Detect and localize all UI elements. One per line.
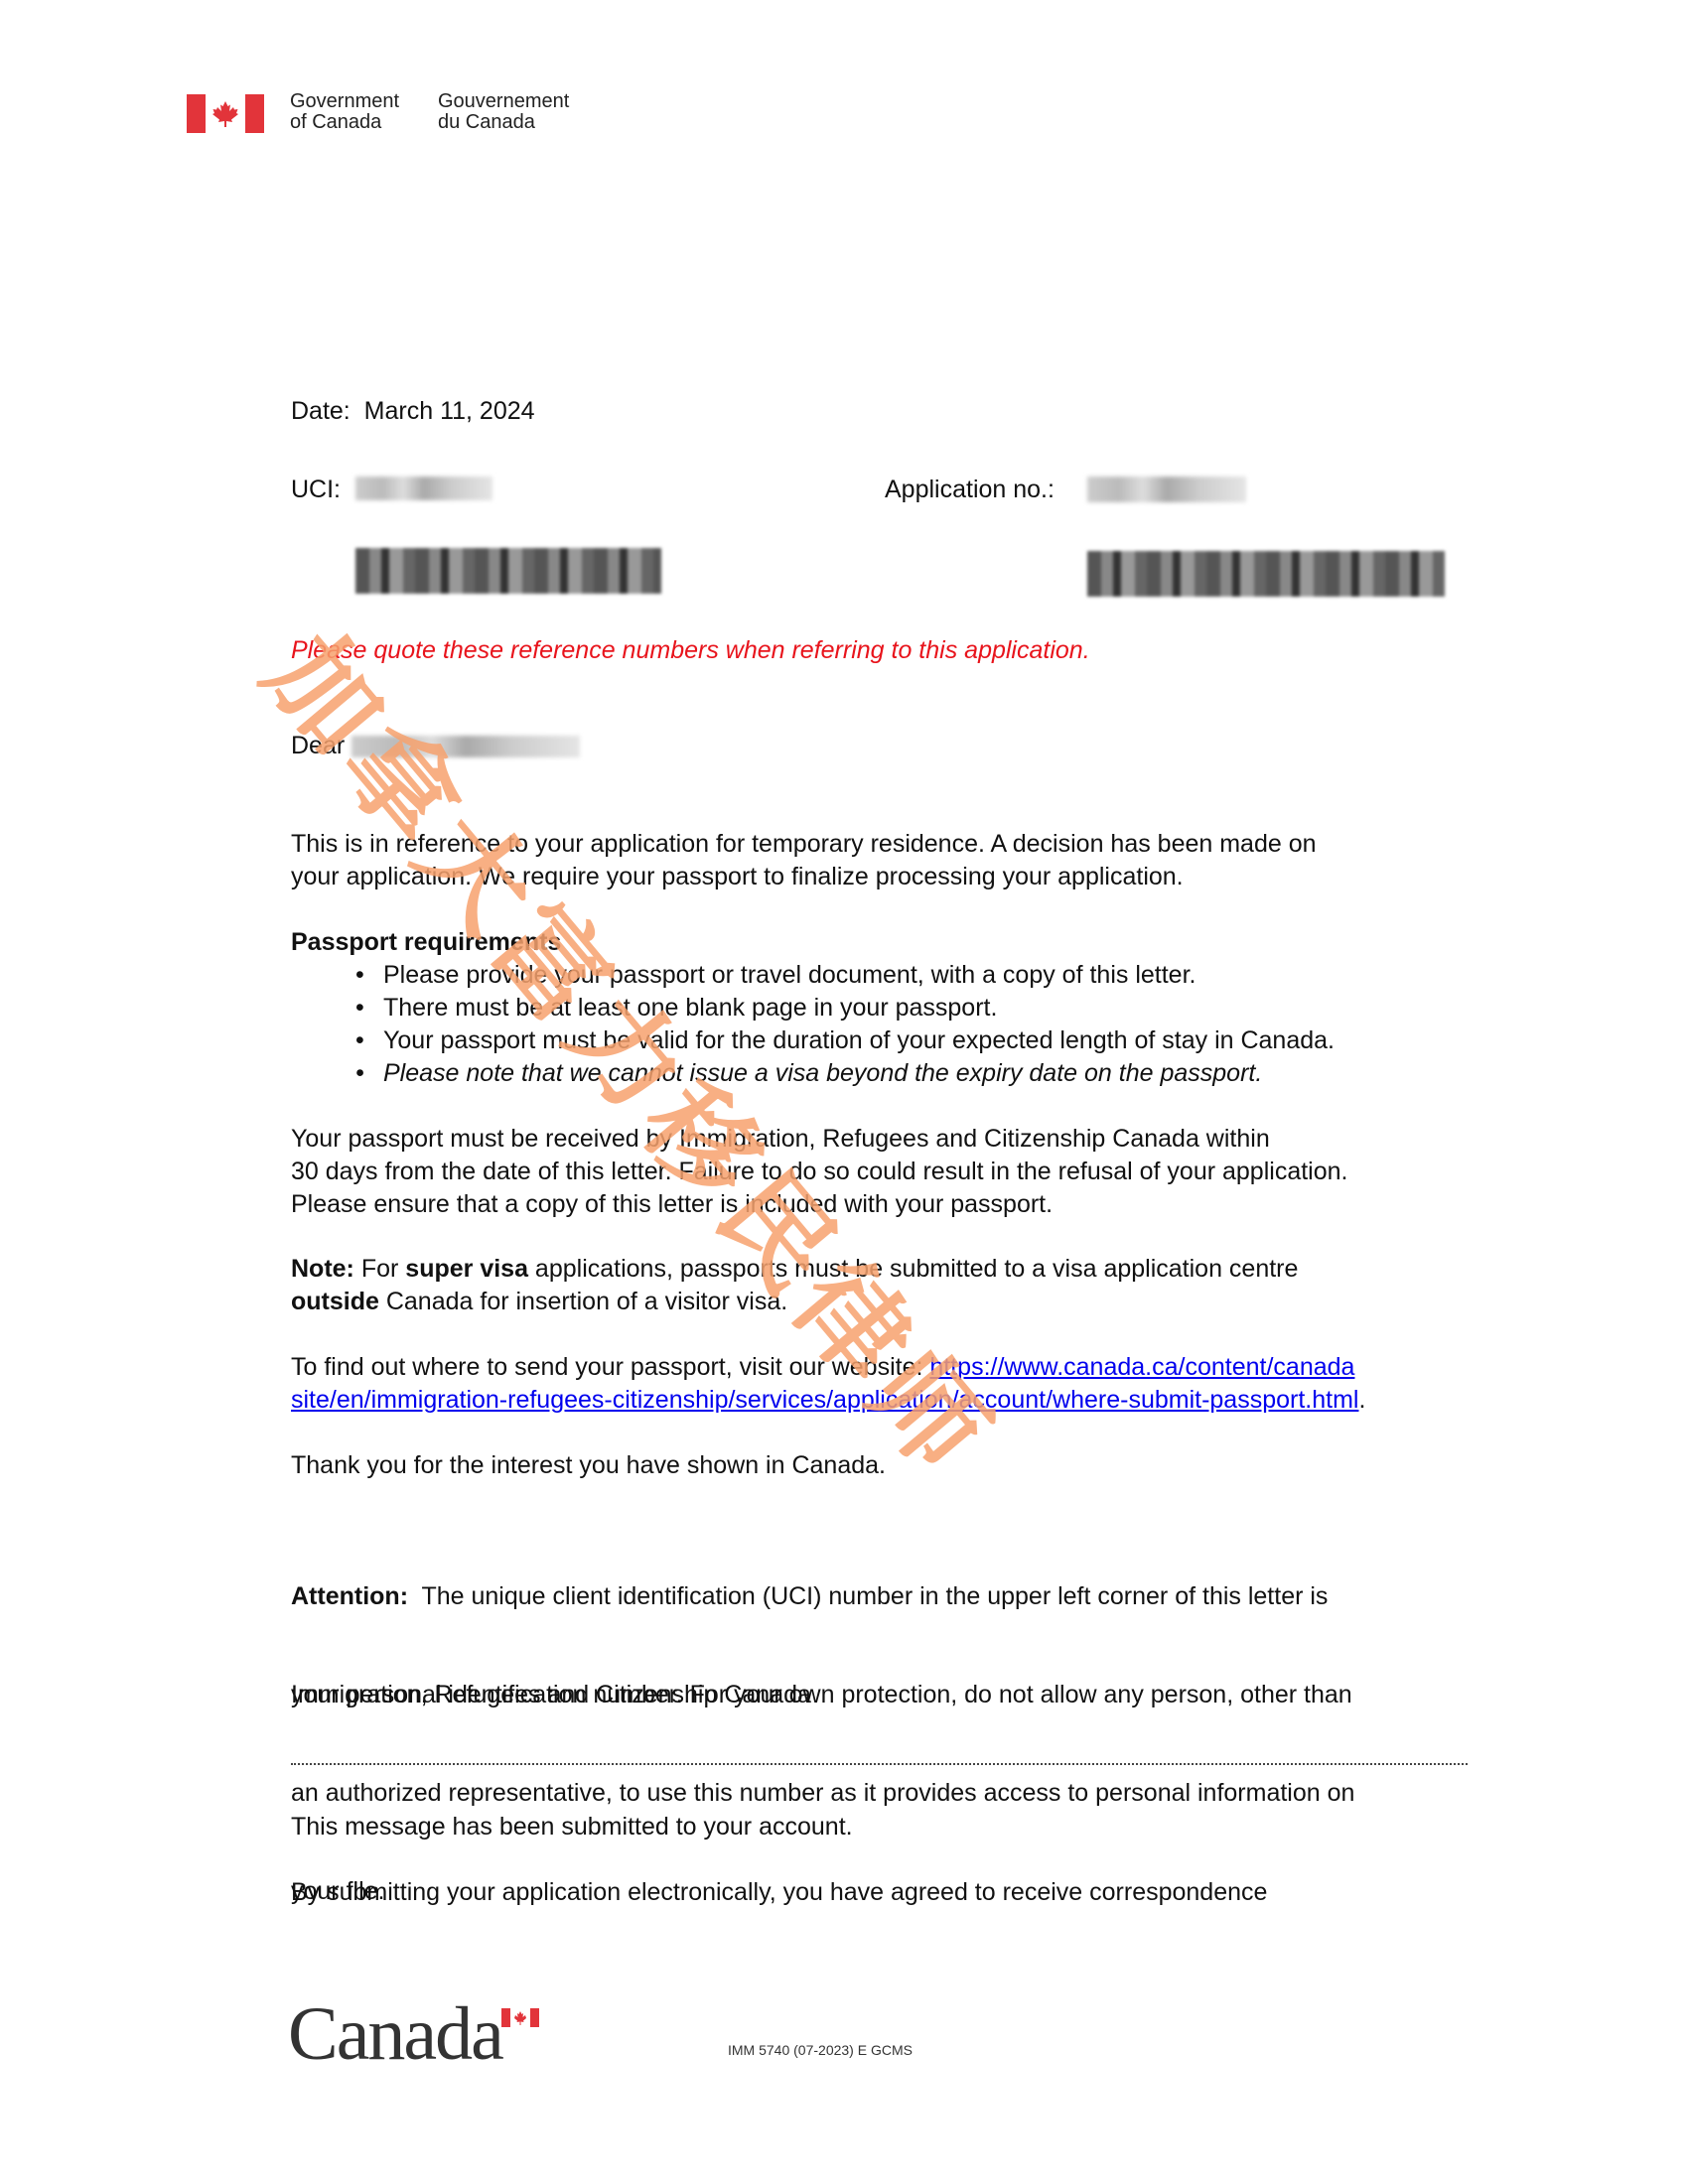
link-intro: To find out where to send your passport,… [291,1353,929,1381]
application-number-redacted [1087,477,1246,502]
note-label: Note: [291,1255,354,1283]
application-number-label: Application no.: [885,474,1055,506]
requirement-item: Please provide your passport or travel d… [355,959,1335,992]
passport-requirements-list: Please provide your passport or travel d… [355,959,1335,1090]
uci-value-redacted [355,477,492,500]
barcode-uci-redacted [355,548,661,594]
reference-note: Please quote these reference numbers whe… [291,634,1090,667]
date-line: Date: March 11, 2024 [291,395,535,428]
requirement-item: Your passport must be valid for the dura… [355,1024,1335,1057]
salutation: Dear [291,730,580,762]
date-label: Date: [291,397,351,425]
note-rest1: applications, passports must be submitte… [528,1255,1298,1283]
salutation-dear: Dear [291,732,345,759]
note-super-visa: super visa [405,1255,528,1283]
para2-line1: Your passport must be received by Immigr… [291,1123,1347,1156]
where-submit-passport-link[interactable]: https://www.canada.ca/content/canada [929,1353,1354,1381]
where-submit-passport-link-cont[interactable]: site/en/immigration-refugees-citizenship… [291,1386,1358,1414]
wordmark-text: Canada [288,1992,502,2076]
dotted-divider [291,1763,1468,1765]
date-value: March 11, 2024 [364,397,535,425]
uci-label: UCI: [291,474,341,506]
gov-fr-line2: du Canada [438,112,569,133]
para1-line2: your application. We require your passpo… [291,861,1317,893]
attention-line3: an authorized representative, to use thi… [291,1777,1354,1810]
submitted-message: This message has been submitted to your … [291,1811,853,1843]
note-for: For [354,1255,405,1283]
paragraph-deadline: Your passport must be received by Immigr… [291,1123,1347,1221]
attention-line1: The unique client identification (UCI) n… [408,1582,1328,1610]
link-end: . [1358,1386,1365,1414]
para2-line2: 30 days from the date of this letter. Fa… [291,1156,1347,1188]
note-outside: outside [291,1288,379,1315]
attention-label: Attention: [291,1582,408,1610]
barcode-application-redacted [1087,551,1445,597]
government-of-canada-en: Government of Canada [290,91,399,133]
passport-requirements-heading: Passport requirements [291,926,561,959]
paragraph-note: Note: For super visa applications, passp… [291,1253,1298,1318]
signature: Immigration, Refugees and Citizenship Ca… [291,1679,811,1711]
electronic-message: By submitting your application electroni… [291,1876,1267,1909]
requirement-item: Please note that we cannot issue a visa … [355,1057,1335,1090]
paragraph-website: To find out where to send your passport,… [291,1351,1365,1417]
para2-line3: Please ensure that a copy of this letter… [291,1188,1347,1221]
canada-flag-icon [187,94,264,133]
wordmark-flag-icon [501,2008,539,2027]
salutation-name-redacted [352,736,580,757]
requirement-item: There must be at least one blank page in… [355,992,1335,1024]
gov-fr-line1: Gouvernement [438,91,569,112]
note-rest2: Canada for insertion of a visitor visa. [379,1288,787,1315]
para1-line1: This is in reference to your application… [291,828,1317,861]
gov-en-line2: of Canada [290,112,399,133]
canada-wordmark: Canada [288,1991,502,2078]
form-code: IMM 5740 (07-2023) E GCMS [728,2042,913,2058]
thank-you: Thank you for the interest you have show… [291,1449,886,1482]
paragraph-reference: This is in reference to your application… [291,828,1317,893]
gov-en-line1: Government [290,91,399,112]
gouvernement-du-canada-fr: Gouvernement du Canada [438,91,569,133]
